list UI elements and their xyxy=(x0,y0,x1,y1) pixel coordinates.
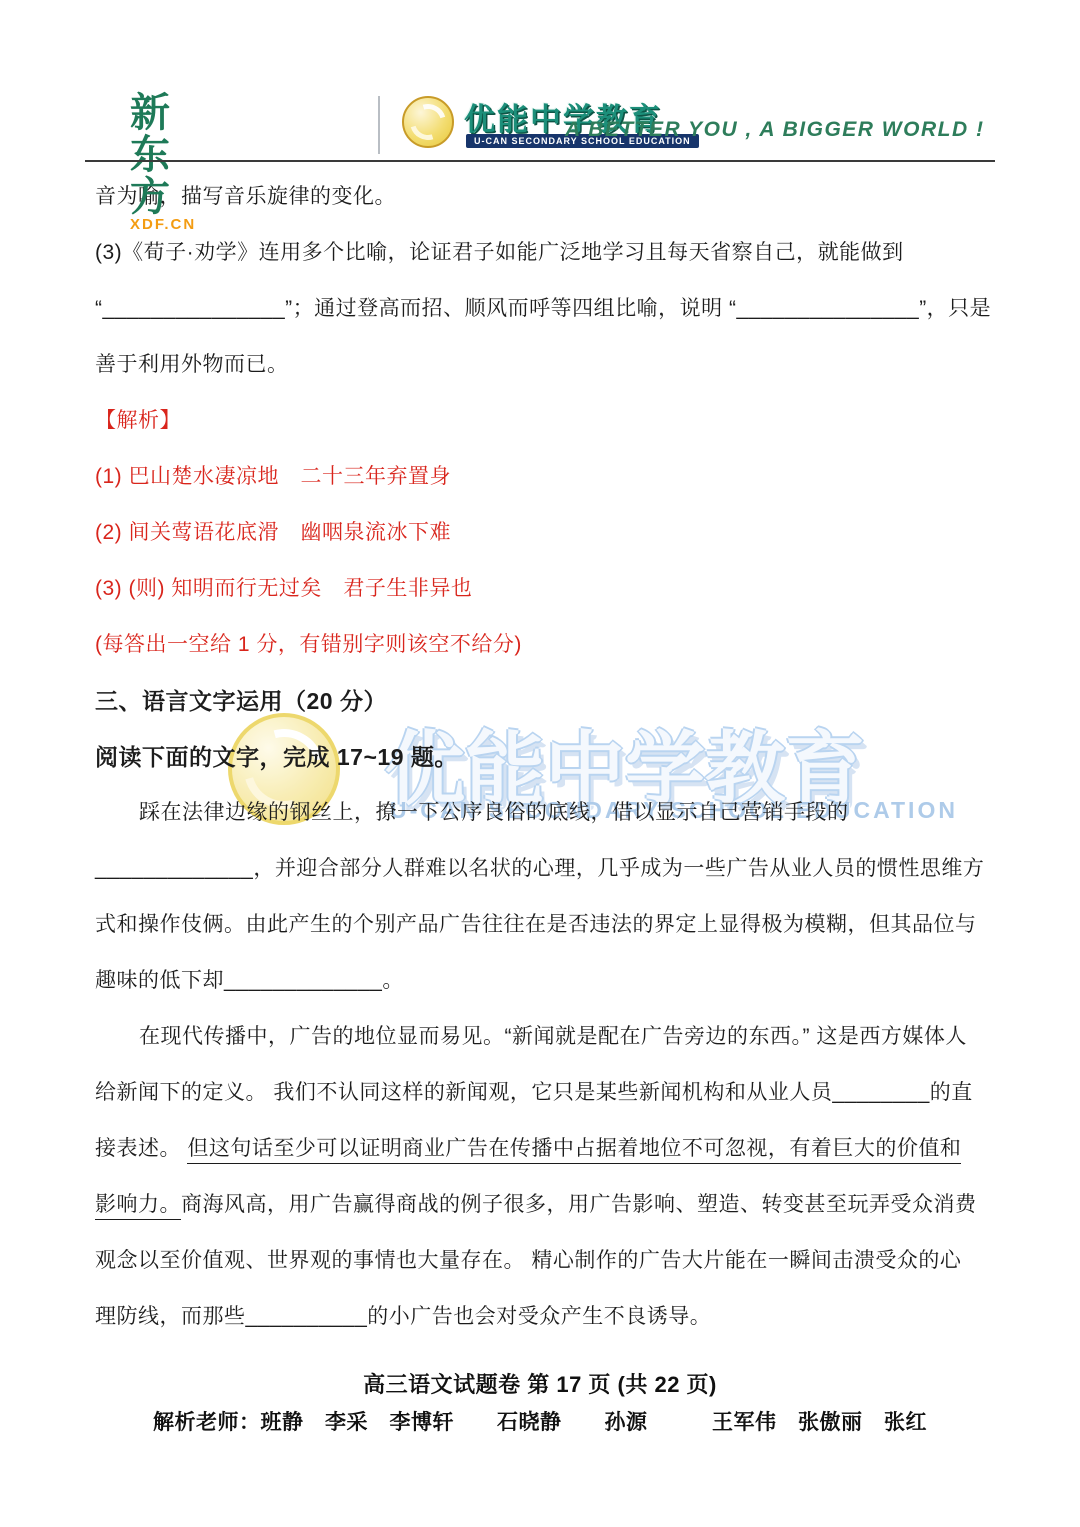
text-segment: (2) 间关莺语花底滑 幽咽泉流冰下难 xyxy=(95,521,451,544)
footer: 高三语文试题卷 第 17 页 (共 22 页) 解析老师：班静 李采 李博轩 石… xyxy=(0,1366,1080,1442)
text-line: 接表述。 但这句话至少可以证明商业广告在传播中占据着地位不可忽视，有着巨大的价值… xyxy=(95,1121,995,1177)
text-line: 理防线，而那些__________的小广告也会对受众产生不良诱导。 xyxy=(95,1289,995,1345)
text-line: 踩在法律边缘的钢丝上，撩一下公序良俗的底线，借以显示自己营销手段的 xyxy=(95,785,995,841)
text-segment: 接表述。 xyxy=(95,1137,187,1160)
text-line: (3)《荀子·劝学》连用多个比喻，论证君子如能广泛地学习且每天省察自己，就能做到 xyxy=(95,225,995,281)
text-segment: 给新闻下的定义。 我们不认同这样的新闻观，它只是某些新闻机构和从业人员_____… xyxy=(95,1081,973,1104)
text-line: 式和操作伎俩。由此产生的个别产品广告往往在是否违法的界定上显得极为模糊，但其品位… xyxy=(95,897,995,953)
text-line: 趣味的低下却_____________。 xyxy=(95,953,995,1009)
text-segment: 踩在法律边缘的钢丝上，撩一下公序良俗的底线，借以显示自己营销手段的 xyxy=(139,801,849,824)
text-segment: 观念以至价值观、世界观的事情也大量存在。 精心制作的广告大片能在一瞬间击溃受众的… xyxy=(95,1249,961,1272)
xdf-logo-url: XDF.CN xyxy=(130,216,196,233)
text-line: “_______________”；通过登高而招、顺风而呼等四组比喻，说明 “_… xyxy=(95,281,995,337)
text-segment: (3) (则) 知明而行无过矣 君子生非异也 xyxy=(95,577,472,600)
underlined-text-segment: 影响力。 xyxy=(95,1193,181,1220)
underlined-text-segment: 但这句话至少可以证明商业广告在传播中占据着地位不可忽视，有着巨大的价值和 xyxy=(187,1137,961,1164)
text-segment: (每答出一空给 1 分，有错别字则该空不给分) xyxy=(95,633,522,656)
logo-divider xyxy=(378,96,380,154)
document-body: 音为喻，描写音乐旋律的变化。(3)《荀子·劝学》连用多个比喻，论证君子如能广泛地… xyxy=(95,169,995,1345)
text-line: (3) (则) 知明而行无过矣 君子生非异也 xyxy=(95,561,995,617)
header-rule xyxy=(85,160,995,162)
text-segment: 【解析】 xyxy=(95,409,181,432)
text-segment: (3)《荀子·劝学》连用多个比喻，论证君子如能广泛地学习且每天省察自己，就能做到 xyxy=(95,241,904,264)
text-segment: _____________，并迎合部分人群难以名状的心理，几乎成为一些广告从业人… xyxy=(95,857,984,880)
text-segment: 在现代传播中，广告的地位显而易见。“新闻就是配在广告旁边的东西。” 这是西方媒体… xyxy=(139,1025,967,1048)
text-line: _____________，并迎合部分人群难以名状的心理，几乎成为一些广告从业人… xyxy=(95,841,995,897)
header-slogan: A BETTER YOU , A BIGGER WORLD ! xyxy=(565,118,984,142)
text-segment: 三、语言文字运用（20 分） xyxy=(95,688,387,714)
text-line: 善于利用外物而已。 xyxy=(95,337,995,393)
text-segment: 商海风高，用广告赢得商战的例子很多，用广告影响、塑造、转变甚至玩弄受众消费 xyxy=(181,1193,977,1216)
text-line: 【解析】 xyxy=(95,393,995,449)
text-line: 给新闻下的定义。 我们不认同这样的新闻观，它只是某些新闻机构和从业人员_____… xyxy=(95,1065,995,1121)
text-line: 观念以至价值观、世界观的事情也大量存在。 精心制作的广告大片能在一瞬间击溃受众的… xyxy=(95,1233,995,1289)
text-segment: 阅读下面的文字，完成 17~19 题。 xyxy=(95,744,458,770)
ucan-ball-icon xyxy=(402,96,454,148)
text-line: 在现代传播中，广告的地位显而易见。“新闻就是配在广告旁边的东西。” 这是西方媒体… xyxy=(95,1009,995,1065)
footer-teachers: 解析老师：班静 李采 李博轩 石晓静 孙源 王军伟 张傲丽 张红 xyxy=(0,1404,1080,1442)
text-segment: 式和操作伎俩。由此产生的个别产品广告往往在是否违法的界定上显得极为模糊，但其品位… xyxy=(95,913,977,936)
text-segment: 趣味的低下却_____________。 xyxy=(95,969,404,992)
text-segment: 善于利用外物而已。 xyxy=(95,353,289,376)
xdf-logo: 新东方 XDF.CN xyxy=(130,92,196,233)
text-segment: 理防线，而那些__________的小广告也会对受众产生不良诱导。 xyxy=(95,1305,711,1328)
footer-page-info: 高三语文试题卷 第 17 页 (共 22 页) xyxy=(0,1366,1080,1404)
text-line: 影响力。商海风高，用广告赢得商战的例子很多，用广告影响、塑造、转变甚至玩弄受众消… xyxy=(95,1177,995,1233)
exam-page: 新东方 XDF.CN 优能中学教育 U-CAN SECONDARY SCHOOL… xyxy=(0,0,1080,1527)
text-line: (每答出一空给 1 分，有错别字则该空不给分) xyxy=(95,617,995,673)
text-line: (2) 间关莺语花底滑 幽咽泉流冰下难 xyxy=(95,505,995,561)
text-line: (1) 巴山楚水凄凉地 二十三年弃置身 xyxy=(95,449,995,505)
xdf-logo-text: 新东方 xyxy=(130,92,196,218)
text-segment: (1) 巴山楚水凄凉地 二十三年弃置身 xyxy=(95,465,451,488)
text-segment: “_______________”；通过登高而招、顺风而呼等四组比喻，说明 “_… xyxy=(95,297,991,320)
text-line: 音为喻，描写音乐旋律的变化。 xyxy=(95,169,995,225)
text-line: 三、语言文字运用（20 分） xyxy=(95,673,995,729)
text-line: 阅读下面的文字，完成 17~19 题。 xyxy=(95,729,995,785)
